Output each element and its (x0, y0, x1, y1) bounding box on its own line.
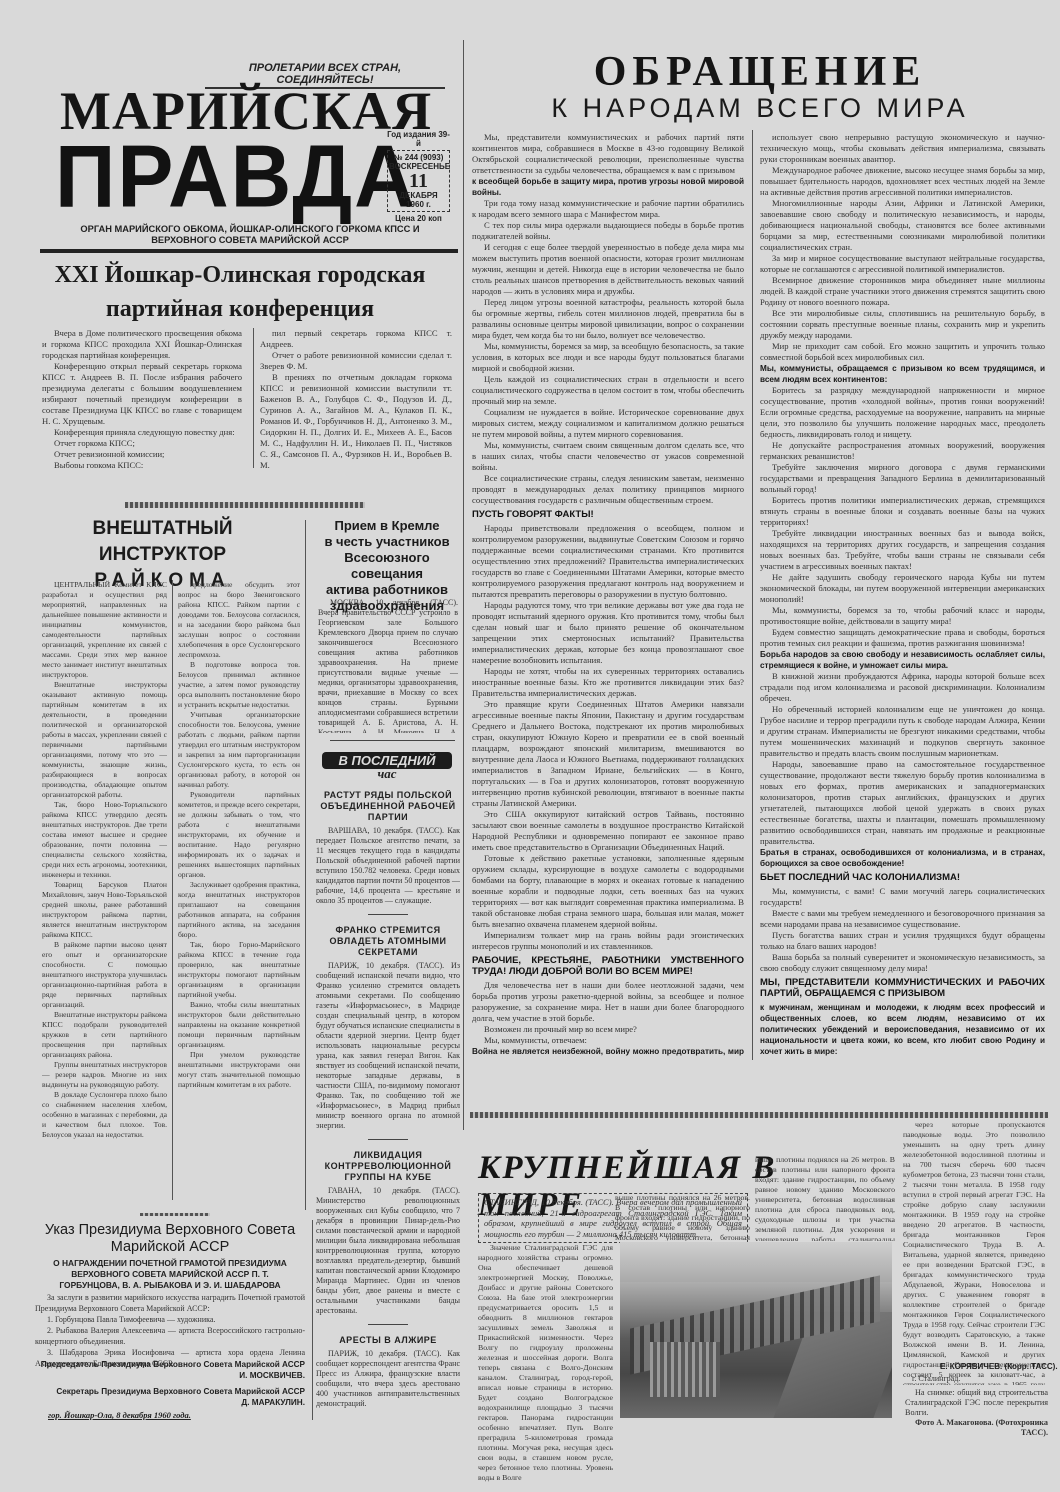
conference-title-line2: партийная конференция (30, 292, 450, 326)
paragraph: При умелом руководстве внештатными инстр… (178, 1050, 300, 1090)
paragraph: Важно, чтобы силы внештатных инструкторо… (178, 1000, 300, 1050)
hydro-column-3: через которые пропускаются паводковые во… (903, 1120, 1045, 1385)
paragraph: Отчет ревизионной комиссии; (42, 449, 242, 460)
issue-day: 11 (389, 171, 448, 191)
section-divider (140, 1213, 210, 1216)
paragraph: Мы, коммунисты, отвечаем: (472, 1035, 744, 1046)
paragraph: В докладе Суслонгера плохо было со снабж… (42, 1090, 167, 1140)
decree-secretary-title: Секретарь Президиума Верховного Совета М… (40, 1387, 305, 1398)
paragraph: Социализм не нуждается в войне. Историче… (472, 407, 744, 440)
decree-item-1: 1. Горбунцова Павла Тимофеевича — художн… (35, 1314, 305, 1325)
issue-year-date: 1960 г. (389, 200, 448, 209)
paragraph: Отчет горкома КПСС; (42, 438, 242, 449)
masthead-title-line2: ПРАВДА (55, 131, 417, 221)
hydro-column-1: Значение Сталинградской ГЭС для народног… (478, 1243, 613, 1488)
paragraph: Боритесь против политики империалистичес… (760, 495, 1045, 528)
section-heading: РАБОЧИЕ, КРЕСТЬЯНЕ, РАБОТНИКИ УМСТВЕННОГ… (472, 955, 744, 977)
paragraph: Мы, представители коммунистических и раб… (472, 132, 744, 176)
decree-chair-title: Председатель Президиума Верховного Совет… (40, 1360, 305, 1371)
paragraph: Не дайте задушить свободу героического н… (760, 572, 1045, 605)
paragraph: Все социалистические страны, следуя лени… (472, 473, 744, 506)
hydro-column-3-text: через которые пропускаются паводковые во… (903, 1120, 1045, 1385)
news-item-title: РАСТУТ РЯДЫ ПОЛЬСКОЙ ОБЪЕДИНЕННОЙ РАБОЧЕ… (316, 790, 460, 823)
paragraph: Учитывая организаторские способности тов… (178, 710, 300, 790)
paragraph: Но обреченный историей колониализм еще н… (760, 704, 1045, 759)
news-item: ФРАНКО СТРЕМИТСЯ ОВЛАДЕТЬ АТОМНЫМИ СЕКРЕ… (316, 925, 460, 1140)
paragraph: Выборы горкома КПСС; (42, 460, 242, 468)
paragraph: И сегодня с еще более твердой уверенност… (472, 242, 744, 297)
news-item-title: ФРАНКО СТРЕМИТСЯ ОВЛАДЕТЬ АТОМНЫМИ СЕКРЕ… (316, 925, 460, 958)
paragraph: к всеобщей борьбе в защиту мира, против … (472, 176, 744, 198)
issue-box: № 244 (9093) ВОСКРЕСЕНЬЕ 11 ДЕКАБРЯ 1960… (387, 150, 450, 212)
last-hour-sublabel: час (322, 766, 452, 782)
paragraph: Братья в странах, освободившихся от коло… (760, 847, 1045, 869)
photo-sky (620, 1242, 892, 1282)
column-divider (253, 328, 254, 468)
paragraph: Требуйте заключения мирного договора с д… (760, 462, 1045, 495)
section-heading: ПУСТЬ ГОВОРЯТ ФАКТЫ! (472, 509, 744, 520)
news-divider (368, 1139, 408, 1140)
news-item: АРЕСТЫ В АЛЖИРЕПАРИЖ, 10 декабря. (ТАСС)… (316, 1335, 460, 1409)
paragraph: Всемирное движение сторонников мира объе… (760, 275, 1045, 308)
decree-item-2: 2. Рыбакова Валерия Алексеевича — артист… (35, 1325, 305, 1347)
paragraph: Боритесь за разрядку международной напря… (760, 385, 1045, 440)
paragraph: Народы не хотят, чтобы на их суверенных … (472, 666, 744, 699)
hydro-column-2b-text: выше плотины поднялся на 26 метров. В со… (755, 1155, 895, 1241)
paragraph: Народы приветствовали предложения о всео… (472, 523, 744, 600)
last-hour-items: РАСТУТ РЯДЫ ПОЛЬСКОЙ ОБЪЕДИНЕННОЙ РАБОЧЕ… (316, 790, 460, 1440)
paragraph: Мир не приходит сам собой. Его можно защ… (760, 341, 1045, 363)
paragraph: Конференцию открыл первый секретарь горк… (42, 361, 242, 427)
masthead-organ: ОРГАН МАРИЙСКОГО ОБКОМА, ЙОШКАР-ОЛИНСКОГ… (60, 224, 440, 246)
news-item-body: ГАВАНА, 10 декабря. (ТАСС). Министерство… (316, 1186, 460, 1316)
issue-number: № 244 (9093) (389, 153, 448, 162)
hydro-column-1-text: Значение Сталинградской ГЭС для народног… (478, 1243, 613, 1483)
paragraph: Борьба народов за свою свободу и независ… (760, 649, 1045, 671)
appeal-column-1: Мы, представители коммунистических и раб… (472, 132, 744, 1057)
photo-caption: На снимке: общий вид строительства Стали… (905, 1388, 1048, 1438)
paragraph: Это США оккупируют китайский остров Тайв… (472, 809, 744, 853)
decree-title: Указ Президиума Верховного Совета Марийс… (40, 1222, 300, 1256)
photo-building (650, 1342, 720, 1397)
paragraph: Так, бюро Ново-Торъяльского райкома КПСС… (42, 800, 167, 880)
kremlin-body: МОСКВА, 10 декабря. (ТАСС). Вчера правит… (318, 598, 458, 733)
news-item-body: ВАРШАВА, 10 декабря. (ТАСС). Как передае… (316, 826, 460, 906)
paragraph: пил первый секретарь горкома КПСС т. Анд… (260, 328, 452, 350)
paragraph: Международное рабочее движение, высоко н… (760, 165, 1045, 198)
paragraph: Возможен ли прочный мир во всем мире? (472, 1024, 744, 1035)
section-divider (330, 740, 455, 741)
conference-column-2: пил первый секретарь горкома КПСС т. Анд… (260, 328, 452, 468)
news-divider (368, 914, 408, 915)
paragraph: Руководители партийных комитетов, и преж… (178, 790, 300, 880)
decree-intro: За заслуги в развитии марийского искусст… (35, 1292, 305, 1314)
paragraph: Будем совместно защищать демократические… (760, 627, 1045, 649)
paragraph: Вместе с вами мы требуем немедленного и … (760, 908, 1045, 930)
title-line: актива работников (312, 582, 462, 598)
title-line: в честь участников (312, 534, 462, 550)
decree-body: За заслуги в развитии марийского искусст… (35, 1292, 305, 1369)
paragraph: Для человечества нет в наши дни более не… (472, 980, 744, 1024)
masthead-divider (40, 249, 458, 253)
news-item-body: ПАРИЖ, 10 декабря. (ТАСС). Как сообщает … (316, 1349, 460, 1409)
kremlin-body-text: МОСКВА, 10 декабря. (ТАСС). Вчера правит… (318, 598, 458, 733)
news-divider (368, 1324, 408, 1325)
decree-signatures: Председатель Президиума Верховного Совет… (40, 1360, 305, 1408)
paragraph: В прениях по отчетным докладам горкома К… (260, 372, 452, 468)
paragraph: Готовые к действию ракетные установки, з… (472, 853, 744, 930)
column-divider (752, 130, 753, 1060)
paragraph: использует свою непрерывно растущую экон… (760, 132, 1045, 165)
paragraph: Внештатные инструкторы райкома КПСС подо… (42, 1010, 167, 1060)
paragraph: ЦЕНТРАЛЬНЫЙ Комитет КПСС разработал и ос… (42, 580, 167, 680)
paragraph: Мы, коммунисты, с вами! С вами могучий л… (760, 886, 1045, 908)
paragraph: Внештатные инструкторы оказывают активну… (42, 680, 167, 800)
hydro-column-2b: выше плотины поднялся на 26 метров. В со… (755, 1155, 895, 1241)
column-divider (312, 1220, 313, 1420)
paragraph: Группы внештатных инструкторов — резерв … (42, 1060, 167, 1090)
paragraph: предложение обсудить этот вопрос на бюро… (178, 580, 300, 660)
paragraph: Мы, коммунисты, боремся за то, чтобы раб… (760, 605, 1045, 627)
paragraph: Не допускайте распространения атомных во… (760, 440, 1045, 462)
paragraph: Отчет о работе ревизионной комиссии сдел… (260, 350, 452, 372)
paragraph: Мы, коммунисты, считаем своим священным … (472, 440, 744, 473)
appeal-column-2: использует свою непрерывно растущую экон… (760, 132, 1045, 1057)
paragraph: В книжной жизни пробуждаются Африка, нар… (760, 671, 1045, 704)
page-divider (463, 40, 464, 1130)
photo-caption-text: На снимке: общий вид строительства Стали… (905, 1388, 1048, 1418)
paragraph: С тех пор силы мира одержали выдающиеся … (472, 220, 744, 242)
instructor-column-2: предложение обсудить этот вопрос на бюро… (178, 580, 300, 1205)
news-item-title: АРЕСТЫ В АЛЖИРЕ (316, 1335, 460, 1346)
conference-title-line1: XXI Йошкар-Олинская городская (30, 258, 450, 292)
paragraph: Конференция приняла следующую повестку д… (42, 427, 242, 438)
paragraph: Ваша борьба за полный суверенитет и экон… (760, 952, 1045, 974)
conference-column-1: Вчера в Доме политического просвещения о… (42, 328, 242, 468)
paragraph: Три года тому назад коммунистические и р… (472, 198, 744, 220)
hydro-photo (620, 1242, 892, 1418)
paragraph: Перед лицом угрозы военной катастрофы, р… (472, 297, 744, 341)
section-heading: МЫ, ПРЕДСТАВИТЕЛИ КОММУНИСТИЧЕСКИХ И РАБ… (760, 977, 1045, 999)
paragraph: В райкоме партии высоко ценят его опыт и… (42, 940, 167, 1010)
paragraph: За мир и мирное сосуществование выступаю… (760, 253, 1045, 275)
paragraph: Многомиллионные народы Азии, Африки и Ла… (760, 198, 1045, 253)
conference-title: XXI Йошкар-Олинская городская партийная … (30, 258, 450, 326)
issue-month: ДЕКАБРЯ (389, 191, 448, 200)
paragraph: Цель каждой из социалистических стран в … (472, 374, 744, 407)
section-divider (470, 1112, 1048, 1118)
hydro-column-2-text: выше плотины поднялся на 26 метров. В со… (615, 1193, 750, 1241)
paragraph: Требуйте ликвидации иностранных военных … (760, 528, 1045, 572)
paragraph: Война не является неизбежной, войну можн… (472, 1046, 744, 1057)
appeal-title: ОБРАЩЕНИЕ (470, 48, 1050, 96)
hydro-byline: Е. КОРЯВИЧЕВ. (Корр. ТАСС). (940, 1362, 1058, 1371)
issue-info: Год издания 39-й № 244 (9093) ВОСКРЕСЕНЬ… (387, 130, 450, 223)
last-hour-banner: В ПОСЛЕДНИЙ час (322, 752, 452, 782)
decree-subtitle: О НАГРАЖДЕНИИ ПОЧЕТНОЙ ГРАМОТОЙ ПРЕЗИДИУ… (40, 1258, 300, 1291)
section-heading: БЬЕТ ПОСЛЕДНИЙ ЧАС КОЛОНИАЛИЗМА! (760, 872, 1045, 883)
column-divider (305, 520, 306, 1210)
decree-secretary-name: Д. МАРАКУЛИН. (40, 1398, 305, 1409)
paragraph: к мужчинам, женщинам и молодежи, к людям… (760, 1002, 1045, 1057)
paragraph: Заслуживает одобрения практика, когда вн… (178, 880, 300, 940)
hydro-column-2: выше плотины поднялся на 26 метров. В со… (615, 1193, 750, 1241)
issue-year: Год издания 39-й (387, 130, 450, 148)
paragraph: Мы, коммунисты, обращаемся с призывом ко… (760, 363, 1045, 385)
news-item-body: ПАРИЖ, 10 декабря. (ТАСС). Из сообщений … (316, 961, 460, 1131)
instructor-column-1: ЦЕНТРАЛЬНЫЙ Комитет КПСС разработал и ос… (42, 580, 167, 1205)
appeal-subtitle: К НАРОДАМ ВСЕГО МИРА (470, 93, 1050, 124)
paragraph: В подготовке вопроса тов. Белоусов прини… (178, 660, 300, 710)
paragraph: Вчера в Доме политического просвещения о… (42, 328, 242, 361)
paragraph: Народы, завоевавшие право на самостоятел… (760, 759, 1045, 847)
title-line: Всесоюзного совещания (312, 550, 462, 582)
photo-credit: Фото А. Макагонова. (Фотохроника ТАСС). (905, 1418, 1048, 1438)
column-divider (172, 580, 173, 1200)
paragraph: Это правящие круги Соединенных Штатов Ам… (472, 699, 744, 809)
paragraph: Товарищ Барсуков Платон Михайлович, заву… (42, 880, 167, 940)
hydro-city: г. Сталинград. (912, 1374, 960, 1383)
instructor-title-line1: ВНЕШТАТНЫЙ ИНСТРУКТОР (30, 516, 295, 568)
issue-price: Цена 20 коп (387, 214, 450, 223)
news-item: ЛИКВИДАЦИЯ КОНТРРЕВОЛЮЦИОННОЙ ГРУППЫ НА … (316, 1150, 460, 1325)
paragraph: Мы, коммунисты, боремся за мир, за всеоб… (472, 341, 744, 374)
decree-place-date: гор. Йошкар-Ола, 8 декабря 1960 года. (48, 1410, 191, 1420)
paragraph: Все эти миролюбивые силы, сплотившись на… (760, 308, 1045, 341)
title-line: Прием в Кремле (312, 518, 462, 534)
paragraph: Народы радуются тому, что три великие де… (472, 600, 744, 666)
paragraph: Пусть богатства ваших стран и усилия тру… (760, 930, 1045, 952)
section-divider (125, 502, 365, 508)
paragraph: Империализм толкает мир на грань войны р… (472, 930, 744, 952)
paragraph: Так, бюро Горно-Марийского райкома КПСС … (178, 940, 300, 1000)
decree-chair-name: И. МОСКВИЧЕВ. (40, 1371, 305, 1382)
news-item-title: ЛИКВИДАЦИЯ КОНТРРЕВОЛЮЦИОННОЙ ГРУППЫ НА … (316, 1150, 460, 1183)
news-item: РАСТУТ РЯДЫ ПОЛЬСКОЙ ОБЪЕДИНЕННОЙ РАБОЧЕ… (316, 790, 460, 915)
